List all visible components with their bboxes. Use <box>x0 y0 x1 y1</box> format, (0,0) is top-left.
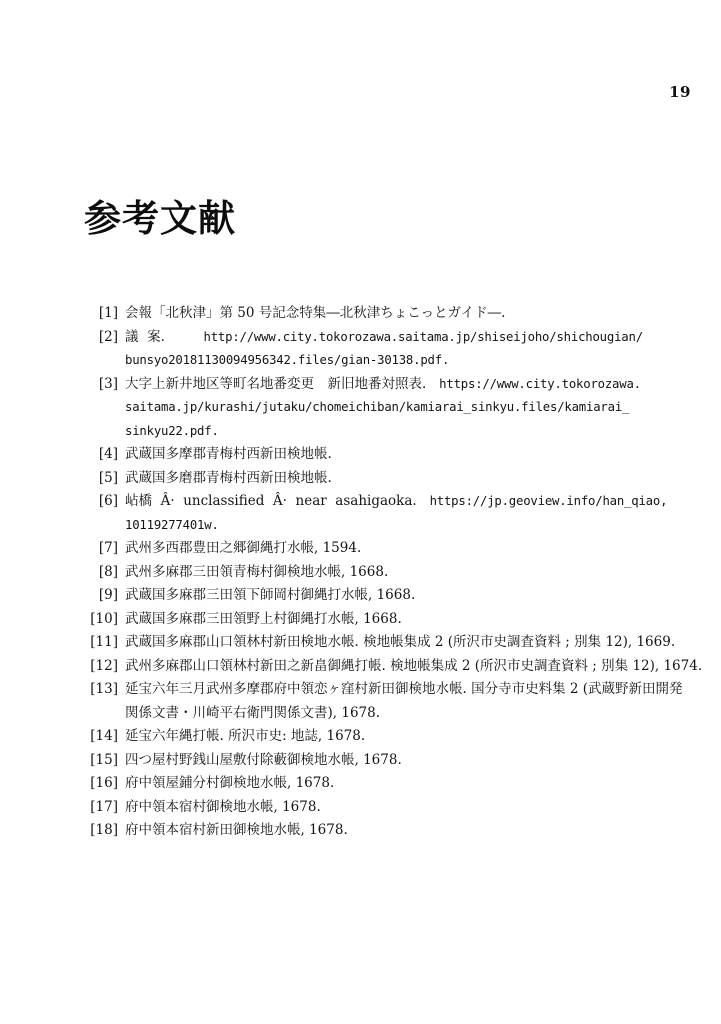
reference-line: 延宝六年三月武州多摩郡府中領恋ヶ窪村新田御検地水帳. 国分寺市史料集 2 (武蔵… <box>125 678 688 702</box>
reference-line: 延宝六年縄打帳. 所沢市史: 地誌, 1678. <box>125 725 688 749</box>
document-page: 19 参考文献 [1]会報「北秋津」第 50 号記念特集―北秋津ちょこっとガイド… <box>0 0 721 1024</box>
reference-label: [15] <box>88 749 118 773</box>
reference-item: [10]武蔵国多麻郡三田領野上村御縄打水帳, 1668. <box>88 608 688 632</box>
text-segment: 武蔵国多摩郡青梅村西新田検地帳. <box>125 446 332 462</box>
reference-line: 関係文書・川崎平右衛門関係文書), 1678. <box>125 702 688 726</box>
reference-list: [1]会報「北秋津」第 50 号記念特集―北秋津ちょこっとガイド―.[2]議 案… <box>88 302 688 843</box>
reference-line: 大字上新井地区等町名地番変更 新旧地番対照表. https://www.city… <box>125 373 688 397</box>
text-segment: 府中領本宿村御検地水帳, 1678. <box>125 799 321 815</box>
reference-item: [8]武州多麻郡三田領青梅村御検地水帳, 1668. <box>88 561 688 585</box>
reference-line: 会報「北秋津」第 50 号記念特集―北秋津ちょこっとガイド―. <box>125 302 688 326</box>
reference-label: [16] <box>88 772 118 796</box>
reference-line: 10119277401w. <box>125 514 688 538</box>
url-segment[interactable]: saitama.jp/kurashi/jutaku/chomeichiban/k… <box>125 400 629 414</box>
reference-label: [4] <box>88 443 118 467</box>
url-segment[interactable]: https://jp.geoview.info/han_qiao, <box>430 494 668 508</box>
text-segment: 武蔵国多麻郡山口領林村新田検地水帳. 検地帳集成 2 (所沢市史調査資料 ; 別… <box>125 634 675 650</box>
reference-item: [11]武蔵国多麻郡山口領林村新田検地水帳. 検地帳集成 2 (所沢市史調査資料… <box>88 631 688 655</box>
reference-line: bunsyo20181130094956342.files/gian-30138… <box>125 349 688 373</box>
url-segment[interactable]: sinkyu22.pdf. <box>125 424 219 438</box>
text-segment: 四つ屋村野銭山屋敷付除藪御検地水帳, 1678. <box>125 752 402 768</box>
reference-item: [6]岾橋 Â· unclassified Â· near asahigaoka… <box>88 490 688 537</box>
reference-label: [9] <box>88 584 118 608</box>
reference-item: [9]武蔵国多麻郡三田領下師岡村御縄打水帳, 1668. <box>88 584 688 608</box>
text-segment: 武州多西郡豊田之郷御縄打水帳, 1594. <box>125 540 361 556</box>
reference-content: 武州多西郡豊田之郷御縄打水帳, 1594. <box>125 537 688 561</box>
reference-content: 延宝六年縄打帳. 所沢市史: 地誌, 1678. <box>125 725 688 749</box>
reference-label: [12] <box>88 655 118 679</box>
url-segment[interactable]: https://www.city.tokorozawa. <box>439 377 641 391</box>
url-segment[interactable]: 10119277401w. <box>125 518 219 532</box>
text-segment: 武州多麻郡三田領青梅村御検地水帳, 1668. <box>125 564 388 580</box>
reference-item: [16]府中領屋鋪分村御検地水帳, 1678. <box>88 772 688 796</box>
reference-line: 府中領屋鋪分村御検地水帳, 1678. <box>125 772 688 796</box>
text-segment: 岾橋 Â· unclassified Â· near asahigaoka. <box>125 493 430 509</box>
reference-content: 会報「北秋津」第 50 号記念特集―北秋津ちょこっとガイド―. <box>125 302 688 326</box>
reference-line: sinkyu22.pdf. <box>125 420 688 444</box>
reference-label: [3] <box>88 373 118 397</box>
reference-label: [7] <box>88 537 118 561</box>
text-segment: 関係文書・川崎平右衛門関係文書), 1678. <box>125 705 380 721</box>
reference-line: 武蔵国多摩郡青梅村西新田検地帳. <box>125 443 688 467</box>
text-segment: 会報「北秋津」第 50 号記念特集―北秋津ちょこっとガイド―. <box>125 305 505 321</box>
reference-label: [10] <box>88 608 118 632</box>
reference-content: 議 案. http://www.city.tokorozawa.saitama.… <box>125 326 688 373</box>
reference-line: saitama.jp/kurashi/jutaku/chomeichiban/k… <box>125 396 688 420</box>
reference-content: 延宝六年三月武州多摩郡府中領恋ヶ窪村新田御検地水帳. 国分寺市史料集 2 (武蔵… <box>125 678 688 725</box>
reference-content: 武州多麻郡三田領青梅村御検地水帳, 1668. <box>125 561 688 585</box>
reference-item: [2]議 案. http://www.city.tokorozawa.saita… <box>88 326 688 373</box>
url-segment[interactable]: http://www.city.tokorozawa.saitama.jp/sh… <box>204 330 643 344</box>
reference-content: 武蔵国多麻郡山口領林村新田検地水帳. 検地帳集成 2 (所沢市史調査資料 ; 別… <box>125 631 688 655</box>
reference-line: 武州多西郡豊田之郷御縄打水帳, 1594. <box>125 537 688 561</box>
reference-content: 府中領本宿村御検地水帳, 1678. <box>125 796 688 820</box>
reference-content: 武蔵国多麻郡三田領野上村御縄打水帳, 1668. <box>125 608 688 632</box>
reference-item: [13]延宝六年三月武州多摩郡府中領恋ヶ窪村新田御検地水帳. 国分寺市史料集 2… <box>88 678 688 725</box>
page-number: 19 <box>669 83 691 101</box>
text-segment: 議 案. <box>125 329 204 345</box>
reference-content: 武蔵国多麻郡三田領下師岡村御縄打水帳, 1668. <box>125 584 688 608</box>
reference-line: 武州多麻郡三田領青梅村御検地水帳, 1668. <box>125 561 688 585</box>
reference-item: [18]府中領本宿村新田御検地水帳, 1678. <box>88 819 688 843</box>
reference-content: 武州多麻郡山口領林村新田之新畠御縄打帳. 検地帳集成 2 (所沢市史調査資料 ;… <box>125 655 688 679</box>
text-segment: 府中領屋鋪分村御検地水帳, 1678. <box>125 775 334 791</box>
reference-label: [8] <box>88 561 118 585</box>
reference-item: [4]武蔵国多摩郡青梅村西新田検地帳. <box>88 443 688 467</box>
reference-item: [14]延宝六年縄打帳. 所沢市史: 地誌, 1678. <box>88 725 688 749</box>
text-segment: 延宝六年縄打帳. 所沢市史: 地誌, 1678. <box>125 728 365 744</box>
reference-item: [17]府中領本宿村御検地水帳, 1678. <box>88 796 688 820</box>
reference-content: 府中領本宿村新田御検地水帳, 1678. <box>125 819 688 843</box>
reference-line: 議 案. http://www.city.tokorozawa.saitama.… <box>125 326 688 350</box>
reference-content: 岾橋 Â· unclassified Â· near asahigaoka. h… <box>125 490 688 537</box>
reference-label: [14] <box>88 725 118 749</box>
text-segment: 武蔵国多麻郡三田領野上村御縄打水帳, 1668. <box>125 611 402 627</box>
reference-content: 大字上新井地区等町名地番変更 新旧地番対照表. https://www.city… <box>125 373 688 444</box>
reference-line: 武蔵国多麻郡山口領林村新田検地水帳. 検地帳集成 2 (所沢市史調査資料 ; 別… <box>125 631 688 655</box>
reference-item: [5]武蔵国多磨郡青梅村西新田検地帳. <box>88 467 688 491</box>
text-segment: 延宝六年三月武州多摩郡府中領恋ヶ窪村新田御検地水帳. 国分寺市史料集 2 (武蔵… <box>125 681 683 697</box>
reference-label: [5] <box>88 467 118 491</box>
reference-line: 府中領本宿村御検地水帳, 1678. <box>125 796 688 820</box>
text-segment: 武蔵国多麻郡三田領下師岡村御縄打水帳, 1668. <box>125 587 415 603</box>
text-segment: 武州多麻郡山口領林村新田之新畠御縄打帳. 検地帳集成 2 (所沢市史調査資料 ;… <box>125 658 702 674</box>
reference-item: [3]大字上新井地区等町名地番変更 新旧地番対照表. https://www.c… <box>88 373 688 444</box>
text-segment: 大字上新井地区等町名地番変更 新旧地番対照表. <box>125 376 439 392</box>
reference-item: [1]会報「北秋津」第 50 号記念特集―北秋津ちょこっとガイド―. <box>88 302 688 326</box>
reference-line: 岾橋 Â· unclassified Â· near asahigaoka. h… <box>125 490 688 514</box>
reference-content: 武蔵国多磨郡青梅村西新田検地帳. <box>125 467 688 491</box>
reference-label: [1] <box>88 302 118 326</box>
reference-content: 武蔵国多摩郡青梅村西新田検地帳. <box>125 443 688 467</box>
reference-line: 四つ屋村野銭山屋敷付除藪御検地水帳, 1678. <box>125 749 688 773</box>
reference-label: [18] <box>88 819 118 843</box>
reference-line: 武蔵国多磨郡青梅村西新田検地帳. <box>125 467 688 491</box>
reference-label: [11] <box>88 631 118 655</box>
reference-line: 武州多麻郡山口領林村新田之新畠御縄打帳. 検地帳集成 2 (所沢市史調査資料 ;… <box>125 655 688 679</box>
reference-item: [15]四つ屋村野銭山屋敷付除藪御検地水帳, 1678. <box>88 749 688 773</box>
reference-label: [6] <box>88 490 118 514</box>
reference-line: 武蔵国多麻郡三田領下師岡村御縄打水帳, 1668. <box>125 584 688 608</box>
reference-content: 府中領屋鋪分村御検地水帳, 1678. <box>125 772 688 796</box>
reference-content: 四つ屋村野銭山屋敷付除藪御検地水帳, 1678. <box>125 749 688 773</box>
url-segment[interactable]: bunsyo20181130094956342.files/gian-30138… <box>125 353 449 367</box>
reference-label: [13] <box>88 678 118 702</box>
reference-line: 府中領本宿村新田御検地水帳, 1678. <box>125 819 688 843</box>
reference-label: [17] <box>88 796 118 820</box>
reference-line: 武蔵国多麻郡三田領野上村御縄打水帳, 1668. <box>125 608 688 632</box>
reference-label: [2] <box>88 326 118 350</box>
text-segment: 武蔵国多磨郡青梅村西新田検地帳. <box>125 470 332 486</box>
section-title: 参考文献 <box>84 188 236 242</box>
reference-item: [12]武州多麻郡山口領林村新田之新畠御縄打帳. 検地帳集成 2 (所沢市史調査… <box>88 655 688 679</box>
reference-item: [7]武州多西郡豊田之郷御縄打水帳, 1594. <box>88 537 688 561</box>
text-segment: 府中領本宿村新田御検地水帳, 1678. <box>125 822 348 838</box>
